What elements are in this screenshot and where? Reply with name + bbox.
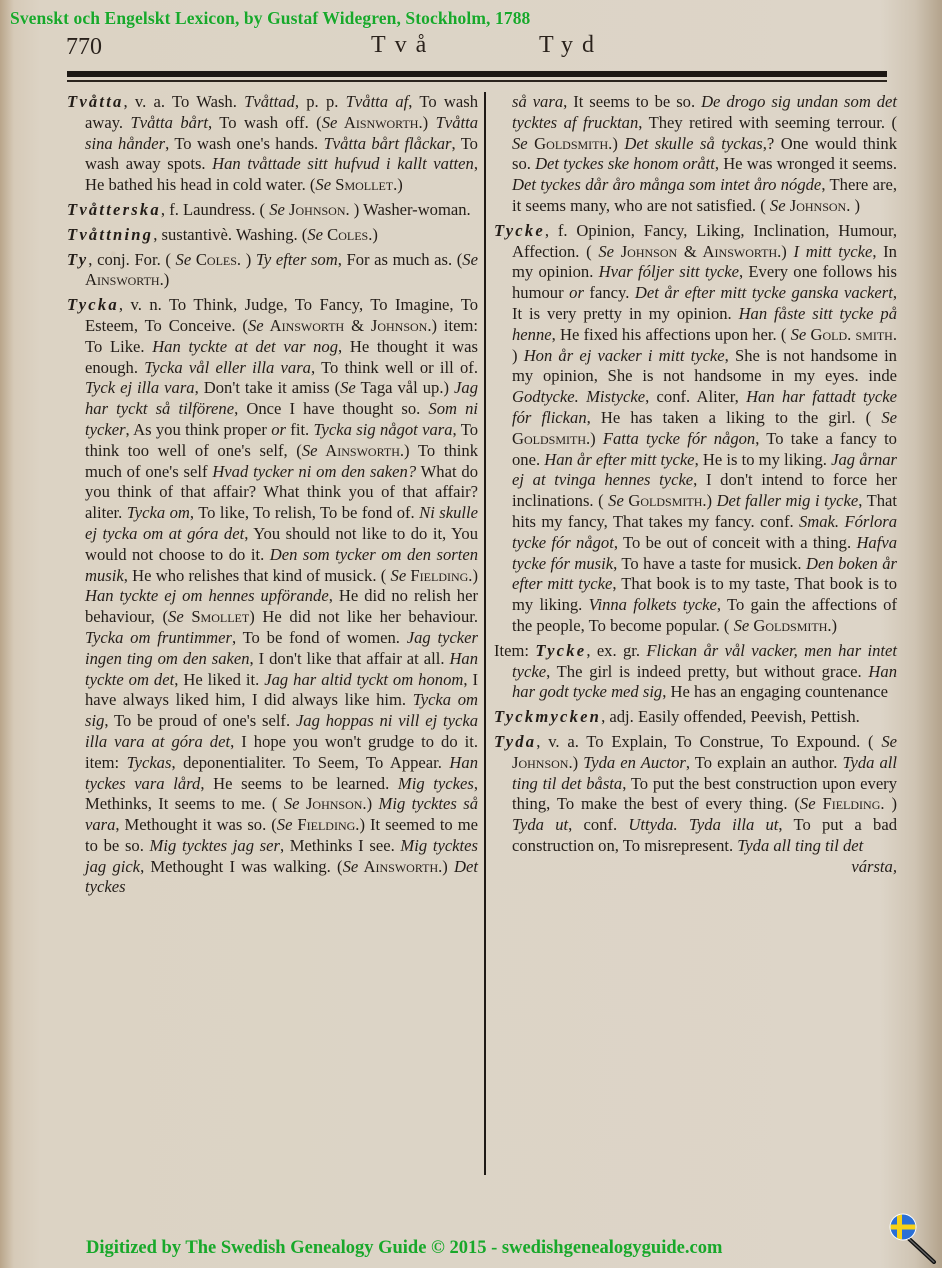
definition: ) <box>444 378 455 397</box>
header-rule-thin <box>67 80 887 82</box>
definition: , ex. gr. <box>586 641 646 660</box>
definition: ) <box>241 250 256 269</box>
swedish-phrase: Uttyda. Tyda illa ut <box>628 815 778 834</box>
author-ref: Ainsworth. <box>318 441 405 460</box>
definition: ) <box>850 196 860 215</box>
definition: ) <box>442 857 454 876</box>
see-ref: Se <box>598 242 614 261</box>
entry-tyckmycken: Tyckmycken, adj. Easily offended, Peevis… <box>494 707 897 728</box>
definition: ) <box>372 225 378 244</box>
definition: ) <box>423 113 436 132</box>
author-ref: Johnson. <box>285 200 350 219</box>
definition: fit. <box>286 420 314 439</box>
definition: , conj. For. ( <box>88 250 175 269</box>
swedish-phrase: Godtycke. Mistycke <box>512 387 645 406</box>
column-divider <box>484 92 486 1175</box>
swedish-phrase: Tvåtta af <box>346 92 409 111</box>
definition: , To be fond of women. <box>232 628 407 647</box>
headword: Tycke <box>494 221 545 240</box>
see-ref: Se <box>277 815 293 834</box>
author-ref: Ainsworth. <box>85 270 164 289</box>
definition: , To think well or ill of. <box>311 358 478 377</box>
swedish-phrase: Tycka om fruntimmer <box>85 628 232 647</box>
swedish-phrase: Han tyckte at det var nog <box>152 337 338 356</box>
definition: , I don't like that affair at all. <box>250 649 450 668</box>
swedish-phrase: Tyda all ting til det <box>737 836 863 855</box>
entry-tycke: Tycke, f. Opinion, Fancy, Liking, Inclin… <box>494 221 897 637</box>
see-ref: Se <box>269 200 285 219</box>
definition: , To wash one's hands. <box>165 134 324 153</box>
definition: fancy. <box>584 283 635 302</box>
see-ref: Se <box>284 794 300 813</box>
swedish-phrase: Tycka vål eller illa vara <box>144 358 311 377</box>
author-ref: Johnson & Ainsworth. <box>614 242 781 261</box>
see-ref: Se <box>343 857 359 876</box>
author-ref: Goldsmith. <box>528 134 613 153</box>
definition: ) <box>885 794 897 813</box>
headword: Tvåttning <box>67 225 153 244</box>
see-ref: Se <box>881 732 897 751</box>
author-ref: Johnson. <box>300 794 367 813</box>
guide-word-right: Tyd <box>539 32 603 59</box>
definition: , He was wronged it seems. <box>715 154 897 173</box>
entry-tycka-continued: så vara, It seems to be so. De drogo sig… <box>494 92 897 217</box>
swedish-phrase: Det skulle så tyckas <box>624 134 762 153</box>
author-ref: Fielding. <box>816 794 885 813</box>
see-ref: Se <box>248 316 264 335</box>
definition: , He who relishes that kind of musick. ( <box>124 566 391 585</box>
swedish-phrase: Tvåtta bårt flåckar <box>324 134 452 153</box>
definition: , Methought it was so. ( <box>115 815 276 834</box>
see-ref: Se <box>881 408 897 427</box>
author-ref: Ainsworth & Johnson. <box>264 316 432 335</box>
entry-tyda: Tyda, v. a. To Explain, To Construe, To … <box>494 732 897 878</box>
swedish-phrase: Han tvåttade sitt hufvud i kallt vatten <box>212 154 474 173</box>
headword: Tvåtta <box>67 92 124 111</box>
definition: , To be out of conceit with a thing. <box>614 533 857 552</box>
definition: , v. a. To Explain, To Construe, To Expo… <box>536 732 881 751</box>
author-ref: Goldsmith. <box>512 429 590 448</box>
see-ref: Se <box>791 325 807 344</box>
see-ref: Se <box>462 250 478 269</box>
definition: ) <box>397 175 403 194</box>
headword: Tyda <box>494 732 536 751</box>
swedish-phrase: Det faller mig i tycke <box>717 491 859 510</box>
swedish-phrase: Mig tycktes jag ser <box>150 836 280 855</box>
swedish-phrase: Tyda ut <box>512 815 568 834</box>
definition: , He seems to be learned. <box>200 774 398 793</box>
entry-tvattning: Tvåttning, sustantivè. Washing. (Se Cole… <box>67 225 478 246</box>
swedish-phrase: Han tyckte ej om hennes upförande <box>85 586 329 605</box>
header-rule-thick <box>67 71 887 77</box>
entry-tvatta: Tvåtta, v. a. To Wash. Tvåttad, p. p. Tv… <box>67 92 478 196</box>
definition: , They retired with seeming terrour. ( <box>638 113 897 132</box>
definition: or <box>569 283 584 302</box>
definition: ) <box>512 346 524 365</box>
definition: ) <box>590 429 603 448</box>
swedish-phrase: Jag har altid tyckt om honom <box>264 670 463 689</box>
entry-ty: Ty, conj. For. ( Se Coles. ) Ty efter so… <box>67 250 478 292</box>
see-ref: Se <box>340 378 356 397</box>
definition: , p. p. <box>295 92 346 111</box>
author-ref: Goldsmith. <box>624 491 707 510</box>
definition: , To wash off. ( <box>208 113 322 132</box>
definition: , v. a. To Wash. <box>124 92 245 111</box>
swedish-flag-magnifier-icon <box>888 1212 938 1264</box>
swedish-phrase: Tvåttad <box>244 92 295 111</box>
page-number: 770 <box>66 34 102 61</box>
see-ref: Se <box>391 566 407 585</box>
author-ref: Ainsworth. <box>358 857 442 876</box>
author-ref: Fielding. <box>406 566 472 585</box>
swedish-phrase: Tyda en Auctor <box>583 753 686 772</box>
definition: , Methought I was walking. ( <box>140 857 343 876</box>
definition: ) Washer-woman. <box>350 200 471 219</box>
definition: , sustantivè. Washing. ( <box>153 225 307 244</box>
swedish-phrase: Det tyckes ske honom orått <box>535 154 715 173</box>
definition: ) <box>612 134 624 153</box>
definition: , He liked it. <box>174 670 264 689</box>
cross-ref: Taga vål up. <box>356 378 444 397</box>
swedish-phrase: Han år efter mitt tycke <box>544 450 694 469</box>
watermark-credit: Digitized by The Swedish Genealogy Guide… <box>86 1238 722 1259</box>
definition: ) He did not like her behaviour. <box>249 607 478 626</box>
author-ref: Smollet <box>184 607 250 626</box>
definition: , f. Laundress. ( <box>161 200 269 219</box>
author-ref: Johnson. <box>786 196 851 215</box>
author-ref: Fielding. <box>292 815 359 834</box>
definition: or <box>271 420 286 439</box>
definition: ) <box>164 270 170 289</box>
swedish-phrase: Ty efter som <box>256 250 338 269</box>
headword: Tycke <box>535 641 586 660</box>
see-ref: Se <box>512 134 528 153</box>
definition: , As you think proper <box>126 420 272 439</box>
swedish-phrase: Tvåtta bårt <box>131 113 209 132</box>
swedish-phrase: I mitt tycke <box>794 242 873 261</box>
see-ref: Se <box>168 607 184 626</box>
definition: , For as much as. ( <box>338 250 463 269</box>
see-ref: Se <box>302 441 318 460</box>
see-ref: Se <box>800 794 816 813</box>
author-ref: Goldsmith. <box>749 616 831 635</box>
definition: , adj. Easily offended, Peevish, Pettish… <box>601 707 860 726</box>
author-ref: Smollet. <box>331 175 397 194</box>
definition: , Don't take it amiss ( <box>195 378 341 397</box>
swedish-phrase: Tycka sig något vara <box>314 420 453 439</box>
definition: , He is to my liking. <box>695 450 832 469</box>
definition: , The girl is indeed pretty, but without… <box>546 662 868 681</box>
definition: ) <box>707 491 717 510</box>
definition: ) <box>832 616 838 635</box>
swedish-phrase: Tyckas <box>127 753 172 772</box>
author-ref: Coles. <box>191 250 241 269</box>
definition: , conf. <box>568 815 628 834</box>
see-ref: Se <box>315 175 331 194</box>
definition: , Methinks I see. <box>280 836 400 855</box>
entry-tvatterska: Tvåtterska, f. Laundress. ( Se Johnson. … <box>67 200 478 221</box>
definition: ) <box>573 753 584 772</box>
see-ref: Se <box>307 225 323 244</box>
definition: , To be proud of one's self. <box>104 711 296 730</box>
definition: , conf. Aliter, <box>645 387 746 406</box>
swedish-phrase: Det tyckes dår åro många som intet åro n… <box>512 175 821 194</box>
author-ref: Aisnworth. <box>337 113 422 132</box>
definition: , It seems to be so. <box>563 92 701 111</box>
headword: Tyckmycken <box>494 707 601 726</box>
definition: , To like, To relish, To be fond of. <box>190 503 419 522</box>
definition: ) <box>472 566 478 585</box>
definition: ) <box>367 794 379 813</box>
swedish-phrase: så vara <box>512 92 563 111</box>
page-header: 770 Två Tyd <box>66 32 896 68</box>
see-ref: Se <box>770 196 786 215</box>
left-column: Tvåtta, v. a. To Wash. Tvåttad, p. p. Tv… <box>67 92 478 902</box>
watermark-title: Svenskt och Engelskt Lexicon, by Gustaf … <box>10 8 530 29</box>
definition: ) <box>781 242 793 261</box>
definition: , He fixed his affections upon her. ( <box>552 325 791 344</box>
swedish-phrase: vársta, <box>512 857 897 878</box>
swedish-phrase: Hon år ej vacker i mitt tycke <box>524 346 725 365</box>
see-ref: Se <box>608 491 624 510</box>
definition: , To have a taste for musick. <box>613 554 806 573</box>
swedish-phrase: Fatta tycke fór någon <box>603 429 755 448</box>
author-ref: Coles. <box>323 225 372 244</box>
see-ref: Se <box>734 616 750 635</box>
headword: Tvåtterska <box>67 200 161 219</box>
definition: , He has an engaging countenance <box>662 682 888 701</box>
definition: , deponentialiter. To Seem, To Appear. <box>171 753 449 772</box>
right-column: så vara, It seems to be so. De drogo sig… <box>494 92 897 881</box>
swedish-phrase: Vinna folkets tycke <box>589 595 717 614</box>
author-ref: Johnson. <box>512 753 573 772</box>
swedish-phrase: Hvar fóljer sitt tycke <box>599 262 739 281</box>
headword: Tycka <box>67 295 119 314</box>
swedish-phrase: Tyck ej illa vara <box>85 378 195 397</box>
author-ref: Gold. smith. <box>806 325 897 344</box>
item-label: Item: <box>494 641 535 660</box>
swedish-phrase: Tycka om <box>127 503 190 522</box>
entry-tycke-item: Item: Tycke, ex. gr. Flickan år vål vack… <box>494 641 897 703</box>
guide-word-left: Två <box>371 32 435 59</box>
definition: , Once I have thought so. <box>234 399 428 418</box>
definition: , To explain an author. <box>686 753 843 772</box>
see-ref: Se <box>176 250 192 269</box>
see-ref: Se <box>322 113 338 132</box>
headword: Ty <box>67 250 88 269</box>
entry-tycka: Tycka, v. n. To Think, Judge, To Fancy, … <box>67 295 478 898</box>
swedish-phrase: Det år efter mitt tycke ganska vackert <box>635 283 893 302</box>
definition: , He has taken a liking to the girl. ( <box>587 408 882 427</box>
swedish-phrase: Hvad tycker ni om den saken? <box>212 462 416 481</box>
swedish-phrase: Mig tyckes <box>398 774 474 793</box>
